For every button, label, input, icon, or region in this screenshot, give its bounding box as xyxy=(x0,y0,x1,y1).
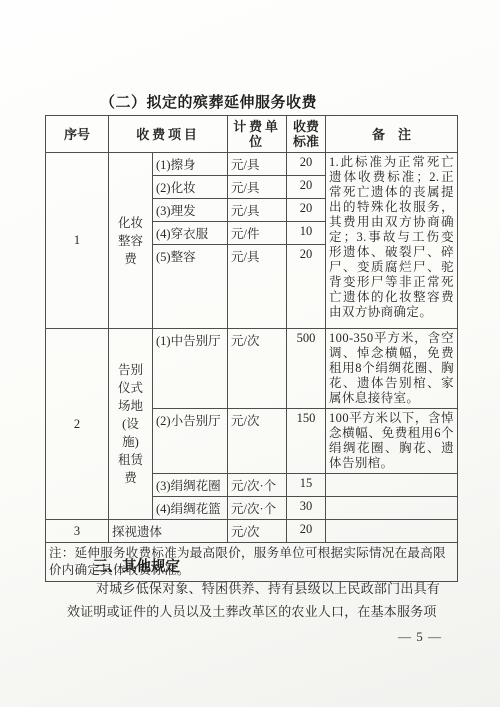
cell-index: 1 xyxy=(46,153,109,329)
cell-category: 化妆整容费 xyxy=(109,153,153,329)
cell-item: (5)整容 xyxy=(153,245,228,329)
table-header-row: 序号 收费项目 计费单位 收费 标准 备 注 xyxy=(46,116,458,153)
table-row: 3 探视遗体 元/次 20 xyxy=(46,520,458,543)
cell-unit: 元/次 xyxy=(228,329,287,409)
page-number: — 5 — xyxy=(398,629,442,645)
cell-category: 告别 仪式 场地 (设 施) 租赁 费 xyxy=(109,329,153,520)
cell-price: 30 xyxy=(287,497,326,520)
cell-unit: 元/次·个 xyxy=(228,497,287,520)
fee-table: 序号 收费项目 计费单位 收费 标准 备 注 1 化妆整容费 (1)擦身 元/具… xyxy=(45,115,458,582)
cell-item: (3)理发 xyxy=(153,199,228,222)
cell-item: 探视遗体 xyxy=(109,520,228,543)
table-row: 1 化妆整容费 (1)擦身 元/具 20 1.此标准为正常死亡遗体收费标准；2.… xyxy=(46,153,458,176)
cell-remark: 1.此标准为正常死亡遗体收费标准；2.正常死亡遗体的丧属提出的特殊化妆服务，其费… xyxy=(326,153,458,329)
cell-remark xyxy=(326,474,458,497)
header-unit: 计费单位 xyxy=(228,116,287,153)
cell-remark: 100平方米以下，含悼念横幅、免费租用6个绢绸花圈、胸花、遗体告别棺。 xyxy=(326,409,458,474)
cell-price: 500 xyxy=(287,329,326,409)
cell-unit: 元/具 xyxy=(228,199,287,222)
cell-remark xyxy=(326,520,458,543)
cell-unit: 元/次·个 xyxy=(228,474,287,497)
cell-price: 150 xyxy=(287,409,326,474)
cell-unit: 元/件 xyxy=(228,222,287,245)
header-item: 收费项目 xyxy=(109,116,228,153)
cell-item: (4)穿衣服 xyxy=(153,222,228,245)
header-standard-line1: 收费 xyxy=(288,119,324,134)
document-page: （二）拟定的殡葬延伸服务收费 序号 收费项目 计费单位 收费 标准 备 注 1 … xyxy=(0,0,500,707)
cell-price: 20 xyxy=(287,520,326,543)
cell-unit: 元/次 xyxy=(228,520,287,543)
other-rules-heading: 三、其他规定 xyxy=(93,555,180,576)
cell-index: 2 xyxy=(46,329,109,520)
cell-unit: 元/次 xyxy=(228,409,287,474)
cell-price: 20 xyxy=(287,245,326,329)
body-paragraph: 对城乡低保对象、特困供养、持有县级以上民政部门出具有效证明或证件的人员以及土葬改… xyxy=(67,577,440,623)
cell-remark: 100-350平方米，含空调、悼念横幅，免费租用8个绢绸花圈、胸花、遗体告别棺、… xyxy=(326,329,458,409)
cell-unit: 元/具 xyxy=(228,176,287,199)
cell-price: 10 xyxy=(287,222,326,245)
cell-price: 20 xyxy=(287,153,326,176)
cell-index: 3 xyxy=(46,520,109,543)
cell-price: 15 xyxy=(287,474,326,497)
header-standard-line2: 标准 xyxy=(288,134,324,149)
cell-price: 20 xyxy=(287,176,326,199)
cell-item: (1)中告别厅 xyxy=(153,329,228,409)
header-standard: 收费 标准 xyxy=(287,116,326,153)
cell-item: (2)小告别厅 xyxy=(153,409,228,474)
cell-unit: 元/具 xyxy=(228,153,287,176)
cell-unit: 元/具 xyxy=(228,245,287,329)
cell-remark xyxy=(326,497,458,520)
table-row: 2 告别 仪式 场地 (设 施) 租赁 费 (1)中告别厅 元/次 500 10… xyxy=(46,329,458,409)
cell-item: (2)化妆 xyxy=(153,176,228,199)
header-index: 序号 xyxy=(46,116,109,153)
cell-price: 20 xyxy=(287,199,326,222)
header-remark: 备 注 xyxy=(326,116,458,153)
cell-item: (1)擦身 xyxy=(153,153,228,176)
cell-item: (3)绢绸花圈 xyxy=(153,474,228,497)
cell-item: (4)绢绸花篮 xyxy=(153,497,228,520)
section-heading: （二）拟定的殡葬延伸服务收费 xyxy=(100,91,317,112)
